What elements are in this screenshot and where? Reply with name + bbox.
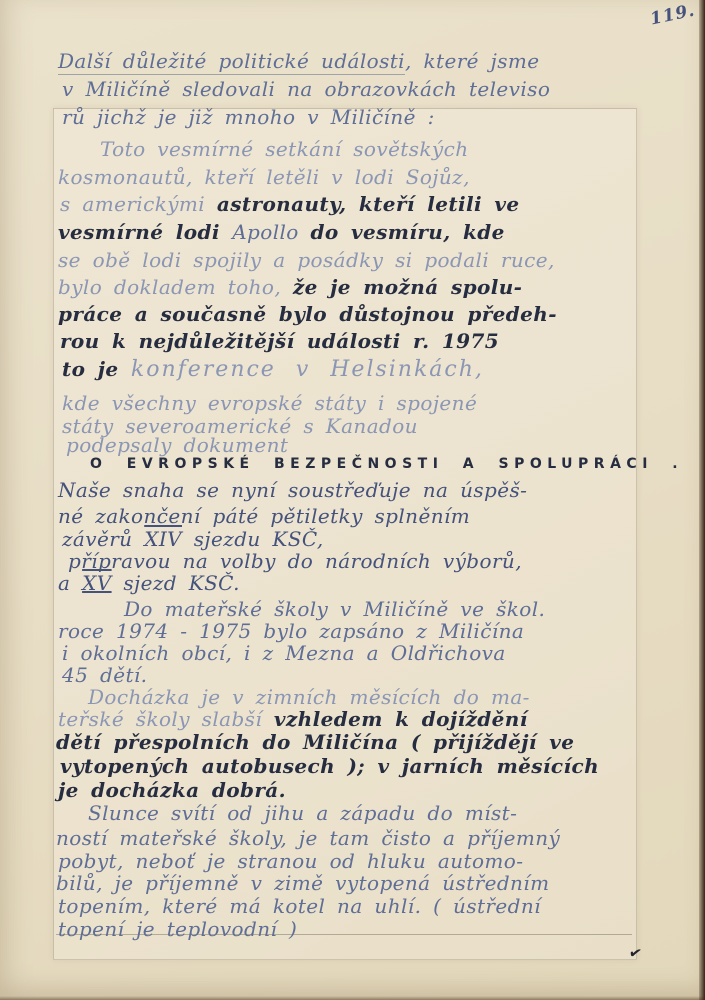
text-segment: Naše snaha se nyní soustřeďuje na úspěš- bbox=[58, 478, 527, 502]
text-segment: teřské školy slabší bbox=[58, 707, 274, 731]
text-segment: do vesmíru, kde bbox=[311, 220, 505, 244]
handwritten-line: O EVROPSKÉ BEZPEČNOSTI A SPOLUPRÁCI . bbox=[90, 456, 683, 472]
text-segment: kosmonautů, kteří letěli v lodi Sojůz, bbox=[58, 165, 470, 189]
text-segment: přípravou na volby do národních výborů, bbox=[68, 549, 522, 573]
handwritten-line: rou k nejdůležitější události r. 1975 bbox=[60, 330, 499, 353]
text-segment: i okolních obcí, i z Mezna a Oldřichova bbox=[62, 641, 506, 665]
text-segment: vesmírné lodi bbox=[58, 220, 232, 244]
text-segment: práce a současně bylo důstojnou předeh- bbox=[58, 302, 557, 326]
text-segment: rou k nejdůležitější události r. 1975 bbox=[60, 329, 499, 353]
handwritten-line: kosmonautů, kteří letěli v lodi Sojůz, bbox=[58, 166, 470, 189]
handwritten-line: Další důležité politické události, které… bbox=[58, 50, 540, 73]
text-segment: né zakončení páté pětiletky splněním bbox=[58, 504, 470, 528]
text-segment: O EVROPSKÉ BEZPEČNOSTI A SPOLUPRÁCI . bbox=[90, 456, 683, 472]
handwritten-line: Toto vesmírné setkání sovětských bbox=[100, 138, 469, 161]
handwritten-line: 45 dětí. bbox=[62, 664, 147, 687]
handwritten-line: závěrů XIV sjezdu KSČ, bbox=[62, 528, 324, 551]
handwritten-line: pobyt, neboť je stranou od hluku automo- bbox=[58, 850, 523, 873]
handwritten-line: bilů, je příjemně v zimě vytopená ústřed… bbox=[56, 872, 549, 895]
text-segment: Do mateřské školy v Miličíně ve škol. bbox=[124, 597, 545, 621]
text-segment: vytopených autobusech ); v jarních měsíc… bbox=[60, 754, 599, 778]
handwritten-line: je docházka dobrá. bbox=[58, 779, 286, 802]
text-segment: astronauty, kteří letili ve bbox=[217, 192, 520, 216]
text-segment: se obě lodi spojily a posádky si podali … bbox=[58, 248, 555, 272]
text-segment: závěrů bbox=[62, 527, 144, 551]
handwritten-line: kde všechny evropské státy i spojené bbox=[62, 392, 477, 415]
text-segment: Apollo bbox=[232, 220, 310, 244]
handwritten-line: přípravou na volby do národních výborů, bbox=[68, 550, 522, 573]
text-segment: Toto vesmírné setkání sovětských bbox=[100, 137, 469, 161]
handwritten-line: teřské školy slabší vzhledem k dojíždění bbox=[58, 708, 528, 731]
text-segment: bilů, je příjemně v zimě vytopená ústřed… bbox=[56, 871, 549, 895]
handwritten-line: vesmírné lodi Apollo do vesmíru, kde bbox=[58, 221, 505, 244]
handwritten-line: v Miličíně sledovali na obrazovkách tele… bbox=[62, 78, 550, 101]
handwritten-line: vytopených autobusech ); v jarních měsíc… bbox=[60, 755, 599, 778]
handwritten-line: topením, které má kotel na uhlí. ( ústře… bbox=[58, 895, 541, 918]
handwritten-line: topení je teplovodní ) bbox=[58, 918, 297, 941]
text-segment: podepsaly dokument bbox=[66, 433, 288, 457]
text-segment: roce 1974 - 1975 bylo zapsáno z Miličína bbox=[58, 619, 524, 643]
text-segment: topením, které má kotel na uhlí. ( ústře… bbox=[58, 894, 541, 918]
text-segment: konference v Helsinkách, bbox=[131, 357, 484, 382]
photo-bottom-edge bbox=[0, 996, 705, 1000]
chronicle-page-photo: Další důležité politické události, které… bbox=[0, 0, 705, 1000]
handwritten-line: bylo dokladem toho, že je možná spolu- bbox=[58, 276, 522, 299]
text-segment: topení je teplovodní ) bbox=[58, 917, 297, 941]
handwritten-line: Docházka je v zimních měsících do ma- bbox=[88, 686, 530, 709]
handwritten-line: práce a současně bylo důstojnou předeh- bbox=[58, 303, 557, 326]
manuscript-text: Další důležité politické události, které… bbox=[0, 0, 705, 1000]
text-segment: rů jichž je již mnoho v Miličíně : bbox=[62, 105, 435, 129]
handwritten-line: s americkými astronauty, kteří letili ve bbox=[60, 193, 519, 216]
text-segment: vzhledem k dojíždění bbox=[274, 707, 528, 731]
text-segment: Slunce svítí od jihu a západu do míst- bbox=[88, 801, 517, 825]
text-segment: , které jsme bbox=[405, 49, 540, 73]
text-segment: sjezdu KSČ, bbox=[182, 527, 324, 551]
handwritten-line: a XV sjezd KSČ. bbox=[58, 572, 240, 595]
handwritten-line: Do mateřské školy v Miličíně ve škol. bbox=[124, 598, 545, 621]
text-segment: 45 dětí. bbox=[62, 663, 147, 687]
text-segment: sjezd KSČ. bbox=[112, 571, 240, 595]
text-segment: ností mateřské školy, je tam čisto a pří… bbox=[56, 826, 560, 850]
text-segment: je docházka dobrá. bbox=[58, 778, 286, 802]
handwritten-line: roce 1974 - 1975 bylo zapsáno z Miličína bbox=[58, 620, 524, 643]
handwritten-line: rů jichž je již mnoho v Miličíně : bbox=[62, 106, 435, 129]
text-segment: a bbox=[58, 571, 82, 595]
text-segment: XV bbox=[82, 571, 111, 595]
handwritten-line: podepsaly dokument bbox=[66, 434, 288, 457]
text-segment: bylo dokladem toho, bbox=[58, 275, 293, 299]
handwritten-line: Naše snaha se nyní soustřeďuje na úspěš- bbox=[58, 479, 527, 502]
handwritten-line: ností mateřské školy, je tam čisto a pří… bbox=[56, 827, 560, 850]
text-segment: pobyt, neboť je stranou od hluku automo- bbox=[58, 849, 523, 873]
photo-right-edge bbox=[699, 0, 705, 1000]
handwritten-line: né zakončení páté pětiletky splněním bbox=[58, 505, 470, 528]
text-segment: že je možná spolu- bbox=[293, 275, 523, 299]
text-segment: XIV bbox=[144, 527, 182, 551]
handwritten-line: Slunce svítí od jihu a západu do míst- bbox=[88, 802, 517, 825]
handwritten-line: se obě lodi spojily a posádky si podali … bbox=[58, 249, 555, 272]
text-segment: kde všechny evropské státy i spojené bbox=[62, 391, 477, 415]
text-segment: Další důležité politické události bbox=[58, 49, 405, 75]
text-segment: to je bbox=[62, 357, 131, 381]
handwritten-line: dětí přespolních do Miličína ( přijížděj… bbox=[56, 731, 574, 754]
text-segment: v Miličíně sledovali na obrazovkách tele… bbox=[62, 77, 550, 101]
text-segment: dětí přespolních do Miličína ( přijížděj… bbox=[56, 730, 574, 754]
text-segment: s americkými bbox=[60, 192, 217, 216]
handwritten-line: i okolních obcí, i z Mezna a Oldřichova bbox=[62, 642, 506, 665]
text-segment: Docházka je v zimních měsících do ma- bbox=[88, 685, 530, 709]
handwritten-line: to je konference v Helsinkách, bbox=[62, 357, 484, 382]
